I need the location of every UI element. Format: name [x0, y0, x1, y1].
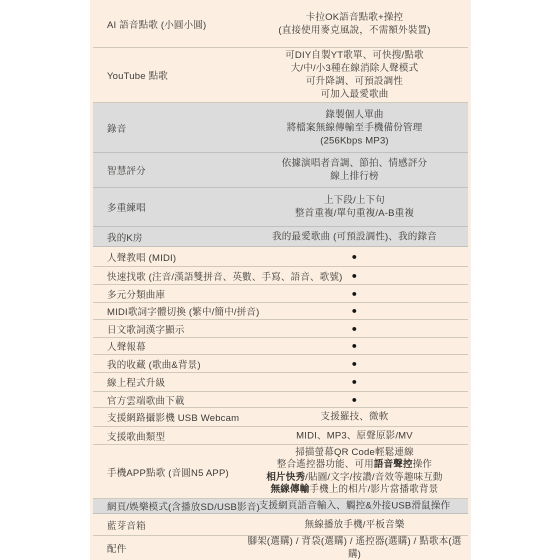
- spec-label: 我的收藏 (歌曲&背景): [107, 357, 201, 371]
- spec-row-vocal-announce: 人聲報幕 ●: [93, 338, 468, 355]
- spec-label: 官方雲端歌曲下載: [107, 393, 185, 407]
- spec-label: 日文歌詞漢字顯示: [107, 322, 185, 336]
- spec-row-midi-lyrics-font: MIDI歌詞字體切換 (繁中/簡中/拼音) ●: [93, 303, 468, 320]
- spec-label: 人聲報幕: [107, 339, 146, 353]
- spec-label: YouTube 點歌: [107, 68, 168, 82]
- bullet-dot-icon: ●: [243, 393, 466, 406]
- spec-row-song-types: 支援歌曲類型 MIDI、MP3、原聲原影/MV: [93, 427, 468, 445]
- spec-row-bluetooth-speaker: 藍芽音箱 無線播放手機/平板音樂: [93, 514, 468, 536]
- spec-label: 藍芽音箱: [107, 518, 146, 532]
- app-feature-line: 整合遙控器功能、可用語音聲控操作: [243, 459, 466, 472]
- spec-value: 掃描螢幕QR Code輕鬆連線 整合遙控器功能、可用語音聲控操作 相片快秀/貼圖…: [243, 446, 466, 496]
- app-feature-line: 相片快秀/貼圖/文字/按讚/音效等趣味互動: [243, 472, 466, 485]
- spec-row-song-library: 多元分類曲庫 ●: [93, 285, 468, 303]
- spec-row-recording: 錄音 錄製個人單曲 將檔案無線傳輸至手機備份管理 (256Kbps MP3): [93, 103, 468, 153]
- spec-row-webcam: 支援網路攝影機 USB Webcam 支援羅技、微軟: [93, 408, 468, 427]
- spec-label: 人聲教唱 (MIDI): [107, 250, 176, 264]
- spec-row-ai-voice: AI 語音點歌 (小圓小圓) 卡拉OK語音點歌+操控 (直接使用麥克風說，不需額…: [93, 0, 468, 48]
- spec-label: 手機APP點歌 (音圓N5 APP): [107, 465, 229, 479]
- spec-value: 無線播放手機/平板音樂: [243, 518, 466, 531]
- app-feature-line: 掃描螢幕QR Code輕鬆連線: [243, 446, 466, 459]
- spec-label: 錄音: [107, 121, 126, 135]
- spec-value: 卡拉OK語音點歌+操控 (直接使用麥克風說，不需額外裝置): [243, 11, 466, 37]
- spec-row-online-upgrade: 線上程式升級 ●: [93, 373, 468, 392]
- spec-row-accessories: 配件 腳架(選購) / 背袋(選購) / 遙控器(選購) / 點歌本(選購): [93, 536, 468, 560]
- spec-row-japanese-kanji: 日文歌詞漢字顯示 ●: [93, 320, 468, 338]
- spec-row-youtube: YouTube 點歌 可DIY自製YT歌單、可快搜/點歌 大/中/小3種在線消除…: [93, 48, 468, 103]
- bullet-dot-icon: ●: [243, 376, 466, 389]
- spec-row-cloud-download: 官方雲端歌曲下載 ●: [93, 392, 468, 408]
- bullet-dot-icon: ●: [243, 250, 466, 263]
- app-feature-line: 無線傳輸手機上的相片/影片當播歌背景: [243, 484, 466, 497]
- spec-row-vocal-teaching: 人聲教唱 (MIDI) ●: [93, 247, 468, 267]
- spec-row-web-mode: 網頁/娛樂模式(含播放SD/USB影音) 支援網頁語音輸入、觸控&外接USB滑鼠…: [93, 499, 468, 514]
- spec-label: 支援歌曲類型: [107, 429, 165, 443]
- spec-label: 支援網路攝影機 USB Webcam: [107, 410, 239, 424]
- bullet-dot-icon: ●: [243, 322, 466, 335]
- bullet-dot-icon: ●: [243, 357, 466, 370]
- karaoke-spec-table: AI 語音點歌 (小圓小圓) 卡拉OK語音點歌+操控 (直接使用麥克風說，不需額…: [93, 0, 468, 560]
- spec-row-my-ktv-room: 我的K房 我的最愛歌曲 (可預設調性)、我的錄音: [93, 227, 468, 247]
- spec-value: 依據演唱者音調、節拍、情感評分 線上排行榜: [243, 157, 466, 183]
- bullet-dot-icon: ●: [243, 340, 466, 353]
- spec-value: 支援網頁語音輸入、觸控&外接USB滑鼠操作: [243, 500, 466, 513]
- spec-value: 可DIY自製YT歌單、可快搜/點歌 大/中/小3種在線消除人聲模式 可升降調、可…: [243, 49, 466, 101]
- spec-row-favorites: 我的收藏 (歌曲&背景) ●: [93, 355, 468, 373]
- spec-label: 網頁/娛樂模式(含播放SD/USB影音): [107, 499, 260, 513]
- spec-label: AI 語音點歌 (小圓小圓): [107, 17, 206, 31]
- spec-value: 上下段/上下句 整首重複/單句重複/A-B重複: [243, 194, 466, 220]
- spec-label: 多重練唱: [107, 200, 146, 214]
- spec-value: 錄製個人單曲 將檔案無線傳輸至手機備份管理 (256Kbps MP3): [243, 108, 466, 147]
- spec-label: 智慧評分: [107, 163, 146, 177]
- spec-label: 多元分類曲庫: [107, 287, 165, 301]
- spec-row-practice-modes: 多重練唱 上下段/上下句 整首重複/單句重複/A-B重複: [93, 188, 468, 227]
- spec-value: 支援羅技、微軟: [243, 411, 466, 424]
- spec-value: 腳架(選購) / 背袋(選購) / 遙控器(選購) / 點歌本(選購): [243, 535, 466, 560]
- spec-row-quick-search: 快速找歌 (注音/漢語雙拼音、英數、手寫、語音、歌號) ●: [93, 267, 468, 285]
- spec-label: 線上程式升級: [107, 375, 165, 389]
- bullet-dot-icon: ●: [243, 305, 466, 318]
- spec-value: MIDI、MP3、原聲原影/MV: [243, 429, 466, 442]
- spec-label: MIDI歌詞字體切換 (繁中/簡中/拼音): [107, 304, 260, 318]
- bullet-dot-icon: ●: [243, 269, 466, 282]
- spec-label: 我的K房: [107, 230, 143, 244]
- spec-label: 配件: [107, 541, 126, 555]
- spec-row-smart-scoring: 智慧評分 依據演唱者音調、節拍、情感評分 線上排行榜: [93, 153, 468, 188]
- bullet-dot-icon: ●: [243, 287, 466, 300]
- spec-row-phone-app: 手機APP點歌 (音圓N5 APP) 掃描螢幕QR Code輕鬆連線 整合遙控器…: [93, 445, 468, 499]
- spec-value: 我的最愛歌曲 (可預設調性)、我的錄音: [243, 230, 466, 243]
